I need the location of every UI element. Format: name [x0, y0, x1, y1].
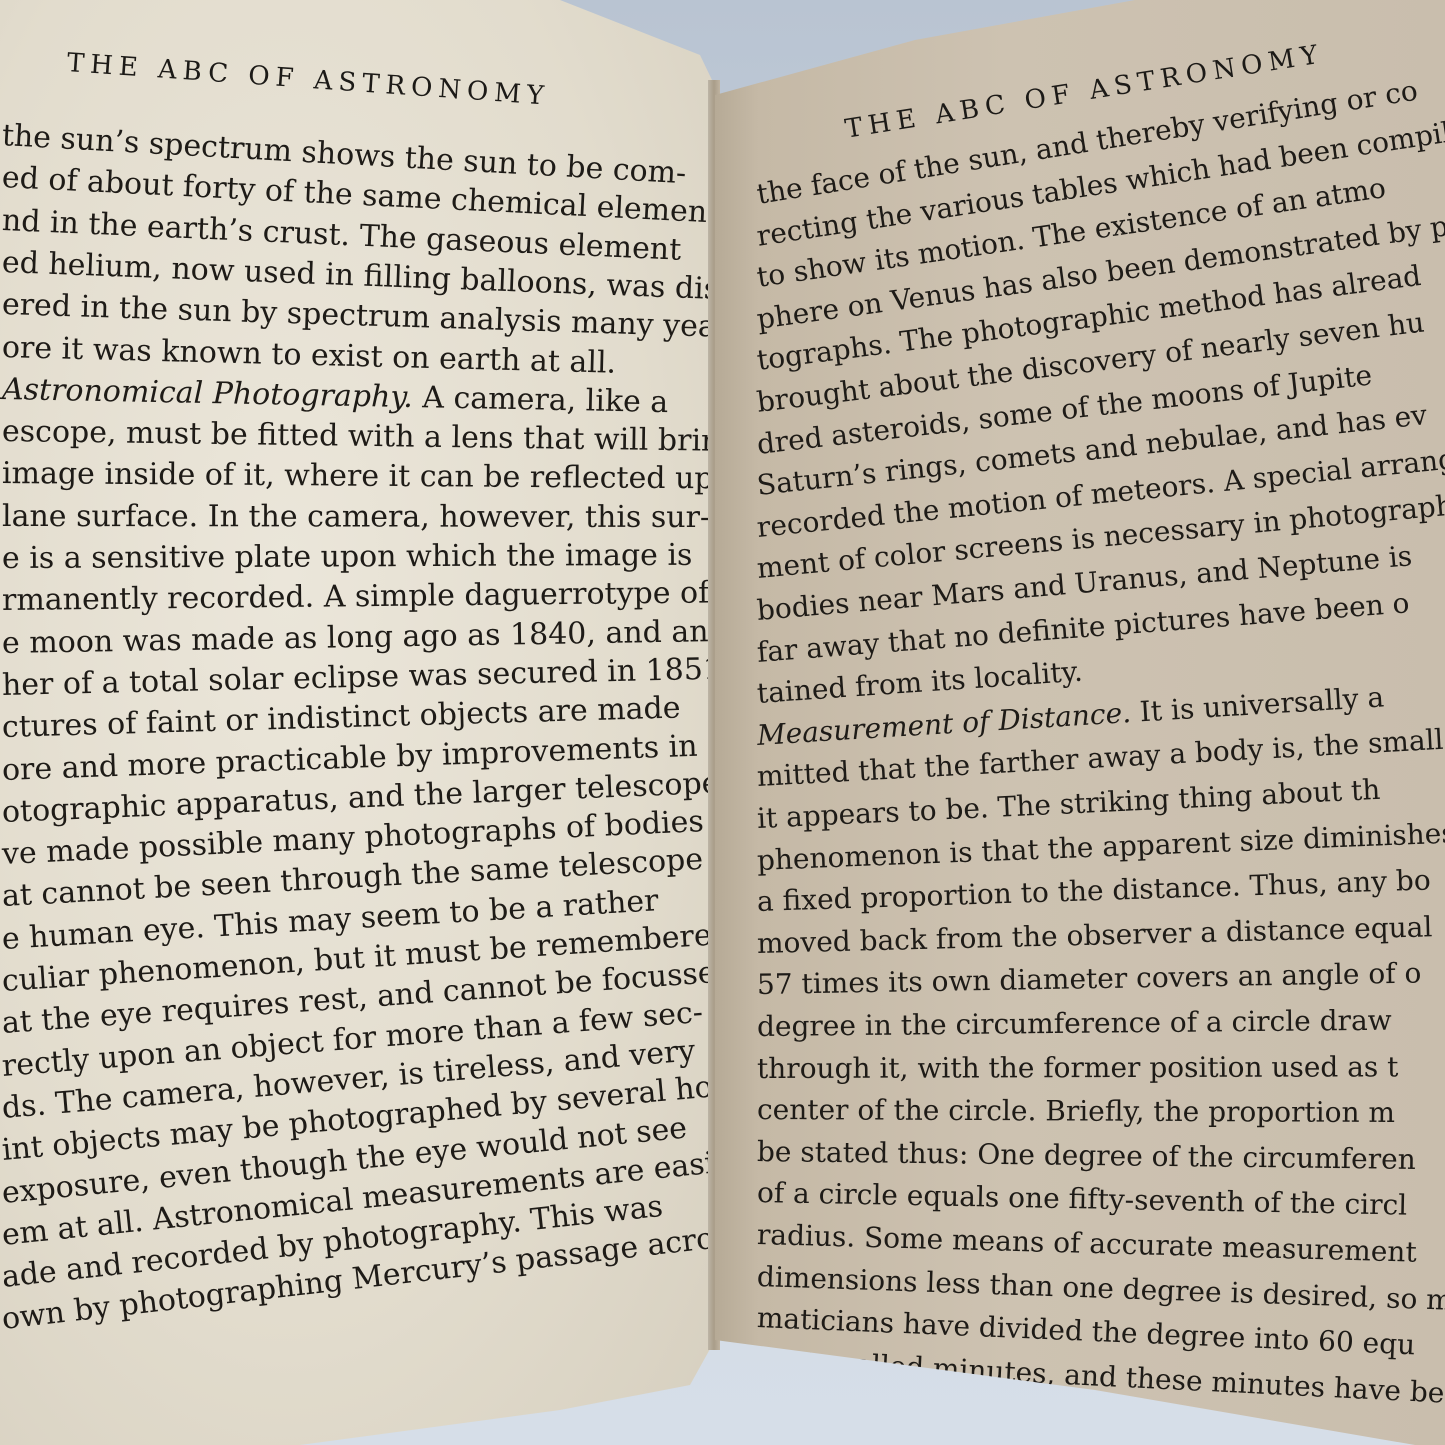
text-line: e is a sensitive plate upon which the im…	[2, 538, 693, 576]
left-running-head: THE ABC OF ASTRONOMY	[66, 48, 551, 112]
text-line: 57 times its own diameter covers an angl…	[757, 957, 1422, 1002]
text-line: center of the circle. Briefly, the propo…	[757, 1093, 1395, 1129]
text-line: be stated thus: One degree of the circum…	[757, 1135, 1416, 1176]
text-run: A camera, like a	[412, 380, 668, 420]
text-line: rmanently recorded. A simple daguerrotyp…	[2, 576, 710, 619]
text-line: of a circle equals one fifty-seventh of …	[757, 1176, 1408, 1222]
text-line: through it, with the former position use…	[757, 1050, 1399, 1085]
text-run: It is universally a	[1130, 680, 1385, 729]
section-heading: Astronomical Photography.	[2, 372, 414, 415]
text-line: image inside of it, where it can be refl…	[2, 456, 715, 497]
left-page: THE ABC OF ASTRONOMY the sun’s spectrum …	[0, 0, 715, 1445]
text-line: moved back from the observer a distance …	[757, 910, 1433, 960]
text-line: degree in the circumference of a circle …	[757, 1004, 1392, 1043]
text-line: escope, must be fitted with a lens that …	[2, 414, 715, 459]
right-page: THE ABC OF ASTRONOMY the face of the sun…	[715, 0, 1445, 1445]
text-line: lane surface. In the camera, however, th…	[2, 499, 710, 535]
text-line: radius. Some means of accurate measureme…	[757, 1218, 1418, 1269]
